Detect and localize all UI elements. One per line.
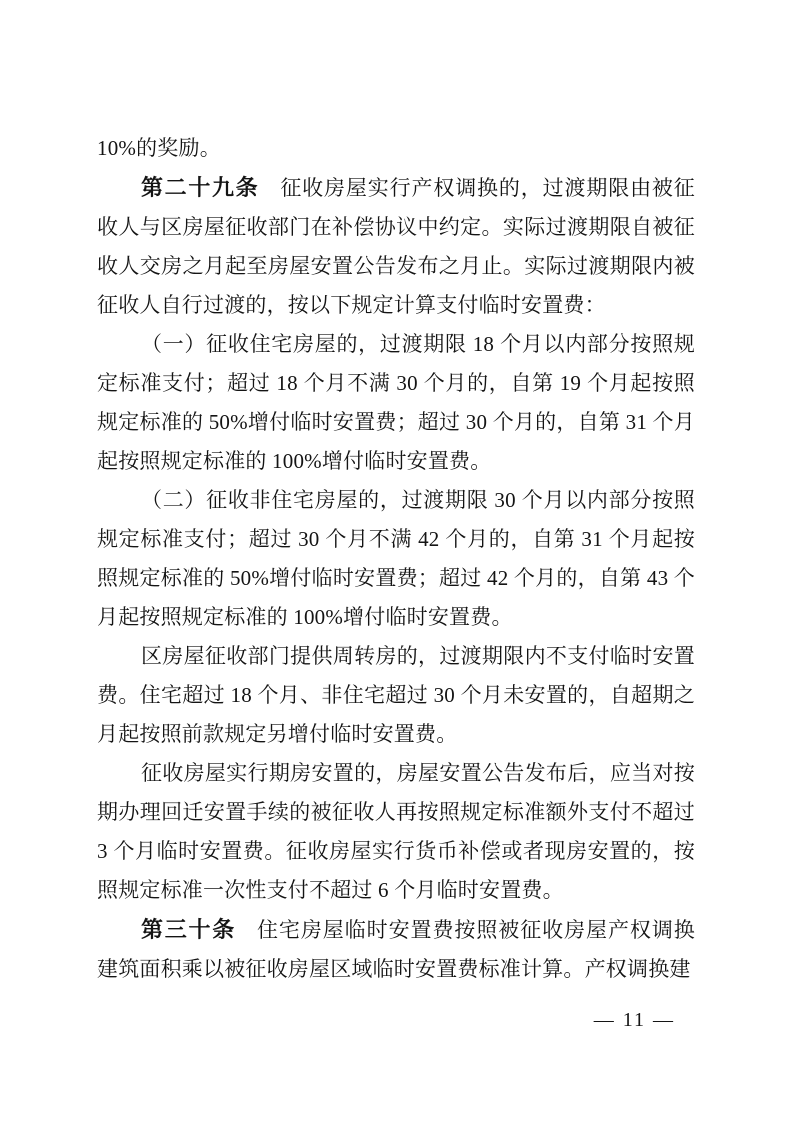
paragraph-clause-one: （一）征收住宅房屋的，过渡期限 18 个月以内部分按照规定标准支付；超过 18 … — [97, 325, 695, 481]
article-30-heading: 第三十条 — [141, 917, 236, 942]
paragraph-clause-two: （二）征收非住宅房屋的，过渡期限 30 个月以内部分按照规定标准支付；超过 30… — [97, 481, 695, 637]
paragraph-turnover-housing: 区房屋征收部门提供周转房的，过渡期限内不支付临时安置费。住宅超过 18 个月、非… — [97, 637, 695, 754]
paragraph-text: （一）征收住宅房屋的，过渡期限 18 个月以内部分按照规定标准支付；超过 18 … — [97, 332, 695, 473]
article-29-heading: 第二十九条 — [141, 175, 259, 200]
paragraph-article-30: 第三十条住宅房屋临时安置费按照被征收房屋产权调换建筑面积乘以被征收房屋区域临时安… — [97, 910, 695, 989]
document-body: 10%的奖励。 第二十九条征收房屋实行产权调换的，过渡期限由被征收人与区房屋征收… — [97, 129, 695, 989]
paragraph-continuation: 10%的奖励。 — [97, 129, 695, 168]
paragraph-text: 区房屋征收部门提供周转房的，过渡期限内不支付临时安置费。住宅超过 18 个月、非… — [97, 644, 695, 746]
paragraph-text: 征收房屋实行期房安置的，房屋安置公告发布后，应当对按期办理回迁安置手续的被征收人… — [97, 761, 695, 902]
paragraph-article-29: 第二十九条征收房屋实行产权调换的，过渡期限由被征收人与区房屋征收部门在补偿协议中… — [97, 168, 695, 325]
page-number: — 11 — — [594, 1005, 675, 1035]
paragraph-text: （二）征收非住宅房屋的，过渡期限 30 个月以内部分按照规定标准支付；超过 30… — [97, 488, 695, 629]
document-page: 10%的奖励。 第二十九条征收房屋实行产权调换的，过渡期限由被征收人与区房屋征收… — [0, 0, 793, 1122]
paragraph-resettlement-payment: 征收房屋实行期房安置的，房屋安置公告发布后，应当对按期办理回迁安置手续的被征收人… — [97, 754, 695, 910]
paragraph-text: 10%的奖励。 — [97, 136, 221, 160]
